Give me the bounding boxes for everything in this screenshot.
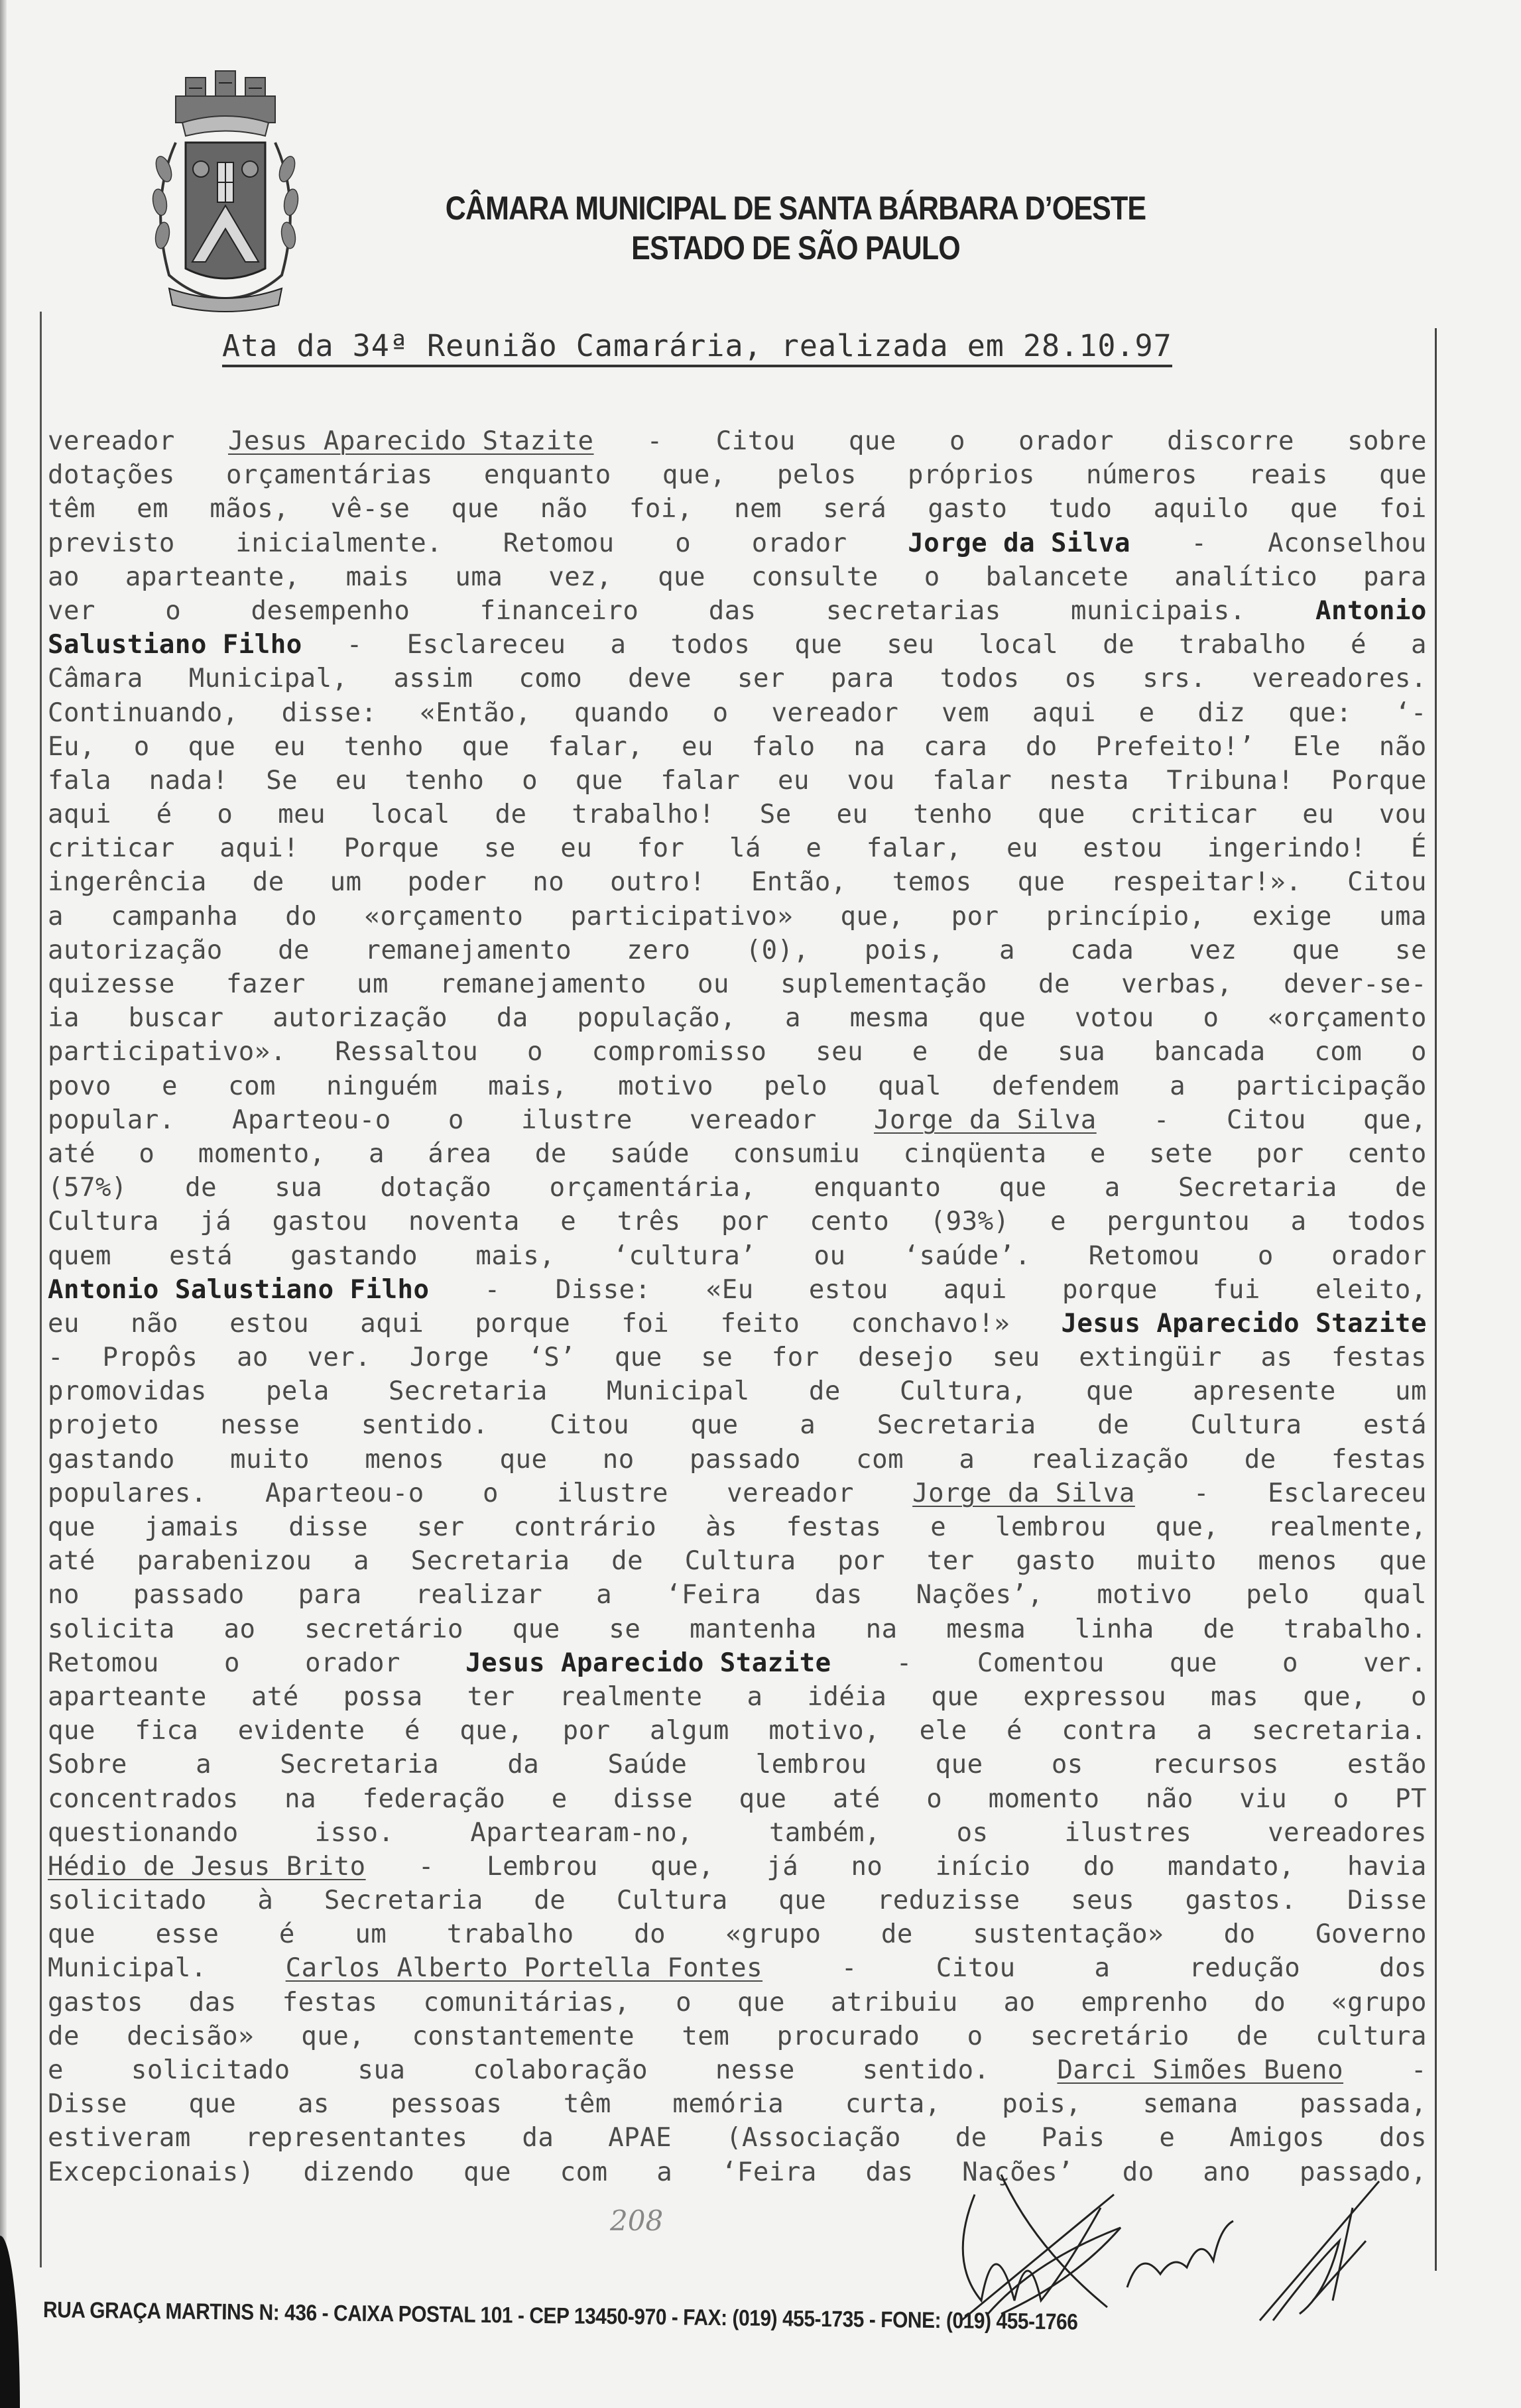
state-name: ESTADO DE SÃO PAULO — [339, 229, 1252, 267]
word: momento — [989, 1782, 1100, 1816]
word: procurado — [777, 2019, 920, 2053]
word: mais, — [488, 1069, 568, 1103]
word: redução — [1189, 1951, 1300, 1985]
word: conchavo!» — [851, 1307, 1010, 1341]
word: o — [926, 1782, 942, 1816]
word: até — [48, 1544, 95, 1578]
word: que — [978, 1001, 1026, 1035]
word: que — [737, 1986, 785, 2019]
word: que — [794, 628, 842, 662]
word: É — [1411, 831, 1427, 865]
word: por — [1256, 1137, 1304, 1171]
word: com — [560, 2155, 608, 2189]
word: cada — [1070, 933, 1134, 967]
word: concentrados — [48, 1782, 239, 1816]
word: que — [452, 492, 499, 526]
word: que — [48, 1714, 95, 1748]
word: no — [603, 1443, 635, 1476]
word: fui — [1213, 1273, 1260, 1307]
word: gastos — [48, 1986, 143, 2019]
word: festas — [1331, 1443, 1427, 1476]
word: Esclareceu — [1268, 1476, 1427, 1510]
word: Lembrou — [487, 1850, 598, 1884]
word: Cultura — [48, 1205, 159, 1238]
word: nesse — [715, 2053, 795, 2087]
text-line: dotaçõesorçamentáriasenquantoque,pelospr… — [48, 458, 1427, 492]
word: estou — [809, 1273, 888, 1307]
word: aqui! — [219, 831, 299, 865]
word: que — [188, 730, 235, 764]
word: Propôs — [103, 1341, 198, 1374]
word: a — [353, 1544, 369, 1578]
word: cento — [1347, 1137, 1427, 1171]
word: área — [428, 1137, 491, 1171]
word: Aconselhou — [1268, 526, 1427, 560]
word: que — [1292, 933, 1340, 967]
word: ser — [417, 1510, 465, 1544]
word: a — [1291, 1205, 1307, 1238]
word: que — [1290, 492, 1338, 526]
word: ao — [48, 560, 80, 594]
word: que — [658, 560, 705, 594]
word: - — [1191, 526, 1207, 560]
text-line: Dissequeaspessoastêmmemóriacurta,pois,se… — [48, 2087, 1427, 2121]
word: a — [800, 1408, 816, 1442]
word: o — [1203, 1001, 1219, 1035]
word: Porque — [344, 831, 440, 865]
word: das — [815, 1578, 863, 1612]
word: isso. — [315, 1816, 395, 1850]
word: reduzisse — [877, 1884, 1020, 1917]
word: fala — [48, 764, 111, 798]
word: tem — [682, 2019, 729, 2053]
word: mais — [346, 560, 410, 594]
word: contra — [1062, 1714, 1157, 1748]
word: - — [647, 424, 663, 458]
word: jamais — [145, 1510, 240, 1544]
word: municipais. — [1071, 594, 1246, 628]
word: constantemente — [412, 2019, 635, 2053]
word: Municipal. — [48, 1951, 207, 1985]
speaker-name: Jorge da Silva — [908, 526, 1130, 560]
word: disse — [288, 1510, 368, 1544]
word: Continuando, — [48, 696, 239, 730]
word: realização — [1030, 1443, 1189, 1476]
word: à — [257, 1884, 273, 1917]
word: a — [785, 1001, 801, 1035]
word: eleito, — [1315, 1273, 1427, 1307]
organization-name: CÂMARA MUNICIPAL DE SANTA BÁRBARA D’OEST… — [339, 189, 1252, 227]
word: que: — [1288, 696, 1352, 730]
word: que, — [1363, 1103, 1427, 1137]
word: e — [1050, 1205, 1066, 1238]
word: e — [1090, 1137, 1106, 1171]
word: o — [676, 1986, 692, 2019]
word: às — [705, 1510, 737, 1544]
text-line: solicitaaosecretárioquesemantenhanamesma… — [48, 1612, 1427, 1646]
word: Amigos — [1229, 2121, 1325, 2155]
word: e — [48, 2053, 64, 2087]
word: Municipal — [607, 1374, 750, 1408]
word: enquanto — [484, 458, 611, 492]
word: que — [849, 424, 896, 458]
word: Cultura — [1191, 1408, 1302, 1442]
word: vereador — [727, 1476, 854, 1510]
word: Secretaria — [324, 1884, 483, 1917]
word: a — [747, 1680, 762, 1714]
word: lá — [729, 831, 761, 865]
word: sobre — [1347, 424, 1427, 458]
word: compromisso — [592, 1035, 767, 1069]
word: de — [535, 1137, 567, 1171]
word: a — [610, 628, 626, 662]
word: nem — [734, 492, 782, 526]
councillor-name: Carlos Alberto Portella Fontes — [286, 1951, 762, 1985]
word: dos — [1379, 2121, 1427, 2155]
word: srs. — [1142, 662, 1206, 695]
word: havia — [1347, 1850, 1427, 1884]
text-line: -Propôsaover.Jorge‘S’quesefordesejoseuex… — [48, 1341, 1427, 1374]
word: vereador — [690, 1103, 817, 1137]
text-line: Eu,oqueeutenhoquefalar,eufalonacaradoPre… — [48, 730, 1427, 764]
word: linha — [1075, 1612, 1154, 1646]
word: os — [957, 1816, 989, 1850]
word: menos — [1258, 1544, 1338, 1578]
word: que — [1018, 865, 1065, 899]
word: se — [484, 831, 516, 865]
word: - — [896, 1646, 912, 1680]
text-line: RetomouooradorJesus Aparecido Stazite-Co… — [48, 1646, 1427, 1680]
word: uma — [455, 560, 503, 594]
word: povo — [48, 1069, 111, 1103]
word: sentido. — [361, 1408, 489, 1442]
word: Se — [760, 798, 792, 831]
word: gasto — [1016, 1544, 1095, 1578]
word: emprenho — [1081, 1986, 1208, 2019]
word: analítico — [1174, 560, 1317, 594]
word: gastos. — [1186, 1884, 1297, 1917]
scanned-page-corner-shadow — [0, 2236, 20, 2408]
word: ser — [737, 662, 785, 695]
word: ilustres — [1064, 1816, 1191, 1850]
word: mandato, — [1168, 1850, 1295, 1884]
minutes-title: Ata da 34ª Reunião Camarária, realizada … — [222, 328, 1172, 367]
word: criticar — [1130, 798, 1258, 831]
word: que — [1170, 1646, 1217, 1680]
word: que — [778, 1884, 826, 1917]
word: eu — [682, 730, 713, 764]
word: o — [134, 730, 150, 764]
word: - — [841, 1951, 857, 1985]
text-line: gastosdasfestascomunitárias,oqueatribuiu… — [48, 1986, 1427, 2019]
text-line: ingerênciadeumpodernooutro!Então,temosqu… — [48, 865, 1427, 899]
word: balancete — [986, 560, 1129, 594]
word: mesma — [850, 1001, 930, 1035]
text-line: autorizaçãoderemanejamentozero(0),pois,a… — [48, 933, 1427, 967]
word: Se — [266, 764, 298, 798]
word: falar — [660, 764, 740, 798]
word: ‘Feira — [721, 2155, 817, 2189]
word: quem — [48, 1239, 111, 1273]
word: autorização — [273, 1001, 448, 1035]
word: orador — [1018, 424, 1114, 458]
word: disse — [613, 1782, 693, 1816]
word: a — [596, 1578, 612, 1612]
word: está — [169, 1239, 233, 1273]
word: do — [1254, 1986, 1286, 2019]
word: local — [979, 628, 1058, 662]
word: vereador — [48, 424, 175, 458]
councillor-name: Jorge da Silva — [912, 1476, 1135, 1510]
word: eu — [560, 831, 592, 865]
word: e — [912, 1035, 928, 1069]
word: a — [999, 933, 1015, 967]
right-margin-rule — [1435, 328, 1437, 2271]
word: de — [955, 2121, 987, 2155]
word: motivo, — [768, 1714, 880, 1748]
word: da — [497, 1001, 528, 1035]
text-line: gastandomuitomenosquenopassadocomarealiz… — [48, 1443, 1427, 1476]
word: está — [1363, 1408, 1427, 1442]
word: que — [1086, 1374, 1134, 1408]
word: que — [48, 1510, 95, 1544]
word: meu — [278, 798, 326, 831]
word: que, — [841, 900, 904, 933]
word: (0), — [746, 933, 810, 967]
word: Cultura, — [900, 1374, 1027, 1408]
word: que — [1038, 798, 1085, 831]
word: vereadores. — [1252, 662, 1427, 695]
word: de — [977, 1035, 1008, 1069]
word: cento — [810, 1205, 889, 1238]
word: questionando — [48, 1816, 239, 1850]
word: realizar — [415, 1578, 542, 1612]
word: tudo — [1049, 492, 1113, 526]
word: uma — [1379, 900, 1427, 933]
word: desempenho — [251, 594, 410, 628]
word: Retomou — [1089, 1239, 1200, 1273]
word: vereadores — [1268, 1816, 1427, 1850]
text-line: aquiéomeulocaldetrabalho!Seeutenhoquecri… — [48, 798, 1427, 831]
word: eu — [274, 730, 306, 764]
word: com — [1314, 1035, 1362, 1069]
word: Disse — [1347, 1884, 1427, 1917]
word: Citou — [1227, 1103, 1306, 1137]
word: gastou — [273, 1205, 368, 1238]
word: pela — [266, 1374, 330, 1408]
word: lembrou — [995, 1510, 1107, 1544]
text-line: têmemmãos,vê-sequenãofoi,nemserágastotud… — [48, 492, 1427, 526]
word: gasto — [928, 492, 1007, 526]
word: ia — [48, 1001, 80, 1035]
word: pelo — [1246, 1578, 1309, 1612]
word: parabenizou — [137, 1544, 312, 1578]
word: Sobre — [48, 1748, 127, 1781]
word: estão — [1347, 1748, 1427, 1781]
word: Excepcionais) — [48, 2155, 255, 2189]
word: para — [831, 662, 894, 695]
speaker-name: Salustiano Filho — [48, 628, 302, 662]
word: eu — [335, 764, 367, 798]
word: Tribuna! — [1167, 764, 1294, 798]
word: um — [1395, 1374, 1427, 1408]
word: aparteante, — [125, 560, 300, 594]
word: da — [522, 2121, 554, 2155]
word: - — [347, 628, 363, 662]
word: solicita — [48, 1612, 175, 1646]
word: vou — [1379, 798, 1427, 831]
word: e — [930, 1510, 946, 1544]
word: que, — [662, 458, 726, 492]
word: perguntou — [1107, 1205, 1250, 1238]
word: passado — [133, 1578, 245, 1612]
word: (93%) — [930, 1205, 1010, 1238]
word: dos — [1379, 1951, 1427, 1985]
word: é — [404, 1714, 420, 1748]
word: porque — [475, 1307, 570, 1341]
word: na — [853, 730, 885, 764]
word: quando — [574, 696, 670, 730]
word: seus — [1071, 1884, 1134, 1917]
speaker-name: Antonio — [1315, 594, 1427, 628]
word: Aparteou-o — [265, 1476, 424, 1510]
word: de — [1038, 967, 1070, 1001]
word: início — [936, 1850, 1031, 1884]
word: - — [1193, 1476, 1209, 1510]
word: (Associação — [726, 2121, 901, 2155]
word: que — [1379, 1544, 1427, 1578]
word: ninguém — [326, 1069, 438, 1103]
word: o — [522, 764, 538, 798]
word: não — [540, 492, 588, 526]
word: das — [189, 1986, 237, 2019]
word: sete — [1149, 1137, 1213, 1171]
word: disse: — [282, 696, 377, 730]
word: população, — [577, 1001, 736, 1035]
word: aparteante — [48, 1680, 207, 1714]
word: ou — [814, 1239, 846, 1273]
word: a — [1197, 1714, 1213, 1748]
word: do — [634, 1917, 666, 1951]
word: decisão» — [127, 2019, 254, 2053]
word: quizesse — [48, 967, 175, 1001]
word: com — [856, 1443, 904, 1476]
word: do — [285, 900, 317, 933]
word: exige — [1252, 900, 1332, 933]
word: tenho — [405, 764, 485, 798]
word: se — [1395, 933, 1427, 967]
word: poder — [407, 865, 487, 899]
word: tenho — [913, 798, 993, 831]
handwritten-page-number: 208 — [610, 2204, 663, 2237]
word: ingerência — [48, 865, 207, 899]
word: nesse — [220, 1408, 300, 1442]
word: de — [881, 1917, 913, 1951]
word: expressou — [1023, 1680, 1166, 1714]
word: sua — [1058, 1035, 1105, 1069]
word: e — [552, 1782, 568, 1816]
word: que — [936, 1748, 983, 1781]
word: Saúde — [607, 1748, 687, 1781]
word: a — [656, 2155, 672, 2189]
word: apresente — [1193, 1374, 1336, 1408]
word: feito — [720, 1307, 800, 1341]
word: falar, — [867, 831, 962, 865]
councillor-name: Jorge da Silva — [874, 1103, 1097, 1137]
word: votou — [1075, 1001, 1154, 1035]
word: de — [809, 1374, 841, 1408]
word: mantenha — [690, 1612, 817, 1646]
word: consumiu — [733, 1137, 860, 1171]
word: Disse — [48, 2087, 127, 2121]
word: o — [675, 526, 691, 560]
word: criticar — [48, 831, 175, 865]
word: trabalho — [1179, 628, 1306, 662]
word: Secretaria — [877, 1408, 1036, 1442]
word: comunitárias, — [423, 1986, 630, 2019]
word: que — [462, 730, 510, 764]
text-line: queficaevidenteéque,poralgummotivo,eleéc… — [48, 1714, 1427, 1748]
word: que, — [1303, 1680, 1367, 1714]
word: mas — [1211, 1680, 1258, 1714]
word: por — [837, 1544, 885, 1578]
word: mais, — [475, 1239, 555, 1273]
word: menos — [365, 1443, 444, 1476]
word: das — [709, 594, 757, 628]
scanned-page-edge — [0, 0, 7, 2408]
word: vez — [1189, 933, 1237, 967]
word: um — [355, 1917, 387, 1951]
word: cara — [924, 730, 987, 764]
word: vou — [847, 764, 895, 798]
word: populares. — [48, 1476, 207, 1510]
word: memória — [672, 2087, 784, 2121]
word: que — [576, 764, 623, 798]
word: consulte — [751, 560, 879, 594]
word: para — [298, 1578, 362, 1612]
text-line: estiveramrepresentantesdaAPAE(Associação… — [48, 2121, 1427, 2155]
text-line: popular.Aparteou-ooilustrevereadorJorge … — [48, 1103, 1427, 1137]
word: secretário — [1030, 2019, 1189, 2053]
word: de — [1245, 1443, 1276, 1476]
word: pelos — [777, 458, 857, 492]
word: na — [866, 1612, 898, 1646]
word: é — [279, 1917, 295, 1951]
text-line: solicitadoàSecretariadeCulturaquereduzis… — [48, 1884, 1427, 1917]
word: o — [924, 560, 940, 594]
word: trabalho — [447, 1917, 574, 1951]
word: é — [1351, 628, 1367, 662]
word: Retomou — [503, 526, 615, 560]
word: do — [1026, 730, 1058, 764]
speaker-name: Jesus Aparecido Stazite — [465, 1646, 831, 1680]
word: cinqüenta — [904, 1137, 1047, 1171]
word: não — [1379, 730, 1427, 764]
word: a — [959, 1443, 975, 1476]
word: defendem — [992, 1069, 1119, 1103]
text-line: povoecomninguémmais,motivopeloqualdefend… — [48, 1069, 1427, 1103]
word: tenho — [344, 730, 424, 764]
word: e — [806, 831, 821, 865]
word: Prefeito!’ — [1096, 730, 1255, 764]
word: discorre — [1167, 424, 1294, 458]
councillor-name: Hédio de Jesus Brito — [48, 1850, 366, 1884]
text-line: concentradosnafederaçãoedissequeatéomome… — [48, 1782, 1427, 1816]
word: o — [224, 1646, 240, 1680]
word: Disse: — [556, 1273, 651, 1307]
word: Citou — [936, 1951, 1016, 1985]
word: ter — [927, 1544, 975, 1578]
